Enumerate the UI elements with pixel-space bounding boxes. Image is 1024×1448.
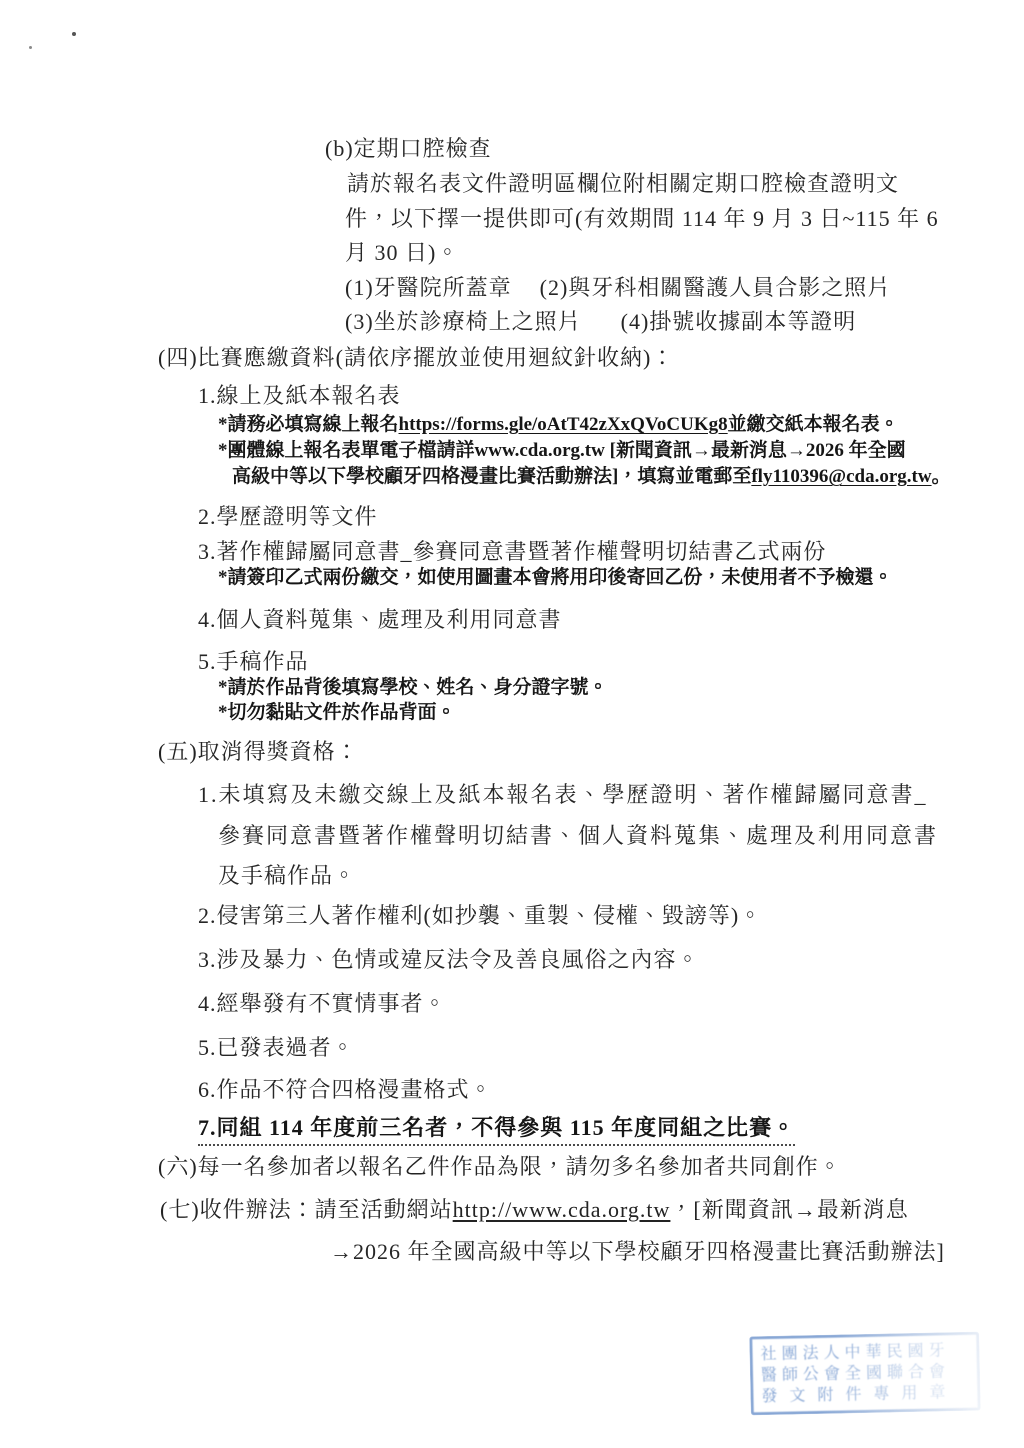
section-six-text: (六)每一名參加者以報名乙件作品為限，請勿多名參加者共同創作。: [158, 1154, 842, 1180]
section-b-heading: (b)定期口腔檢查: [325, 136, 492, 162]
section-five-heading: (五)取消得獎資格：: [158, 739, 359, 765]
section-five-item2: 2.侵害第三人著作權利(如抄襲、重製、侵權、毀謗等)。: [198, 903, 762, 929]
section-five-item1-line1: 1.未填寫及未繳交線上及紙本報名表、學歷證明、著作權歸屬同意書_: [198, 782, 928, 808]
scan-speck: [29, 46, 32, 49]
registration-form-url: https://forms.gle/oAtT42zXxQVoCUKg8: [399, 414, 728, 435]
activity-website-url: http://www.cda.org.tw: [453, 1197, 671, 1222]
proof-option-1: (1)牙醫院所蓋章: [345, 275, 512, 301]
section-four-item1-note2-line1: *團體線上報名表單電子檔請詳www.cda.org.tw [新聞資訊→最新消息→…: [218, 440, 906, 462]
scanned-document-page: (b)定期口腔檢查 請於報名表文件證明區欄位附相關定期口腔檢查證明文 件，以下擇…: [0, 0, 1024, 1448]
section-four-item1-note2-line2: 高級中等以下學校顧牙四格漫畫比賽活動辦法]，填寫並電郵至fly110396@cd…: [232, 466, 951, 488]
section-four-item2-label: 2.學歷證明等文件: [198, 504, 378, 530]
note2-text: 高級中等以下學校顧牙四格漫畫比賽活動辦法]，填寫並電郵至: [232, 466, 751, 487]
proof-options-row2: (3)坐於診療椅上之照片 (4)掛號收據副本等證明: [345, 309, 856, 335]
proof-option-2: (2)與牙科相關醫護人員合影之照片: [540, 275, 891, 301]
note2-tail: 。: [932, 466, 951, 487]
section-seven-tail: ，[新聞資訊→最新消息: [670, 1197, 908, 1222]
scan-speck: [72, 32, 76, 36]
section-five-item5: 5.已發表過者。: [198, 1035, 355, 1061]
note1-text: *請務必填寫線上報名: [218, 414, 399, 435]
contact-email: fly110396@cda.org.tw: [751, 466, 931, 487]
section-seven-text: (七)收件辦法：請至活動網站: [160, 1197, 453, 1222]
note1-tail: 並繳交紙本報名表。: [728, 414, 899, 435]
section-four-item4-label: 4.個人資料蒐集、處理及利用同意書: [198, 607, 562, 633]
section-five-item1-line2: 參賽同意書暨著作權聲明切結書、個人資料蒐集、處理及利用同意書: [218, 823, 938, 849]
section-seven-line2: →2026 年全國高級中等以下學校顧牙四格漫畫比賽活動辦法]: [330, 1239, 945, 1265]
section-five-item4: 4.經舉發有不實情事者。: [198, 991, 447, 1017]
section-four-item1-label: 1.線上及紙本報名表: [198, 383, 401, 409]
section-b-paragraph-line3: 月 30 日)。: [345, 240, 459, 266]
section-four-item5-note2: *切勿黏貼文件於作品背面。: [218, 702, 456, 724]
section-b-paragraph-line2: 件，以下擇一提供即可(有效期間 114 年 9 月 3 日~115 年 6: [345, 206, 939, 232]
section-five-item1-line3: 及手稿作品。: [218, 863, 356, 889]
section-five-item7: 7.同組 114 年度前三名者，不得參與 115 年度同組之比賽。: [198, 1115, 795, 1146]
section-four-item5-label: 5.手稿作品: [198, 649, 309, 675]
proof-option-4: (4)掛號收據副本等證明: [621, 309, 857, 335]
section-four-item5-note1: *請於作品背後填寫學校、姓名、身分證字號。: [218, 677, 608, 699]
stamp-line3: 發文附件專用章: [761, 1382, 973, 1407]
section-four-item3-label: 3.著作權歸屬同意書_參賽同意書暨著作權聲明切結書乙式兩份: [198, 539, 827, 565]
section-four-heading: (四)比賽應繳資料(請依序擺放並使用迴紋針收納)：: [158, 345, 674, 371]
proof-options-row1: (1)牙醫院所蓋章 (2)與牙科相關醫護人員合影之照片: [345, 275, 890, 301]
proof-option-3: (3)坐於診療椅上之照片: [345, 309, 581, 335]
section-four-item3-note: *請簽印乙式兩份繳交，如使用圖畫本會將用印後寄回乙份，未使用者不予檢還。: [218, 567, 893, 589]
section-seven-line1: (七)收件辦法：請至活動網站http://www.cda.org.tw，[新聞資…: [160, 1197, 909, 1223]
section-five-item3: 3.涉及暴力、色情或違反法令及善良風俗之內容。: [198, 947, 700, 973]
section-five-item6: 6.作品不符合四格漫畫格式。: [198, 1077, 493, 1103]
section-b-paragraph-line1: 請於報名表文件證明區欄位附相關定期口腔檢查證明文: [347, 171, 899, 197]
official-attachment-stamp: 社團法人中華民國牙 醫師公會全國聯合會 發文附件專用章: [749, 1332, 981, 1416]
section-four-item1-note1: *請務必填寫線上報名https://forms.gle/oAtT42zXxQVo…: [218, 414, 899, 436]
